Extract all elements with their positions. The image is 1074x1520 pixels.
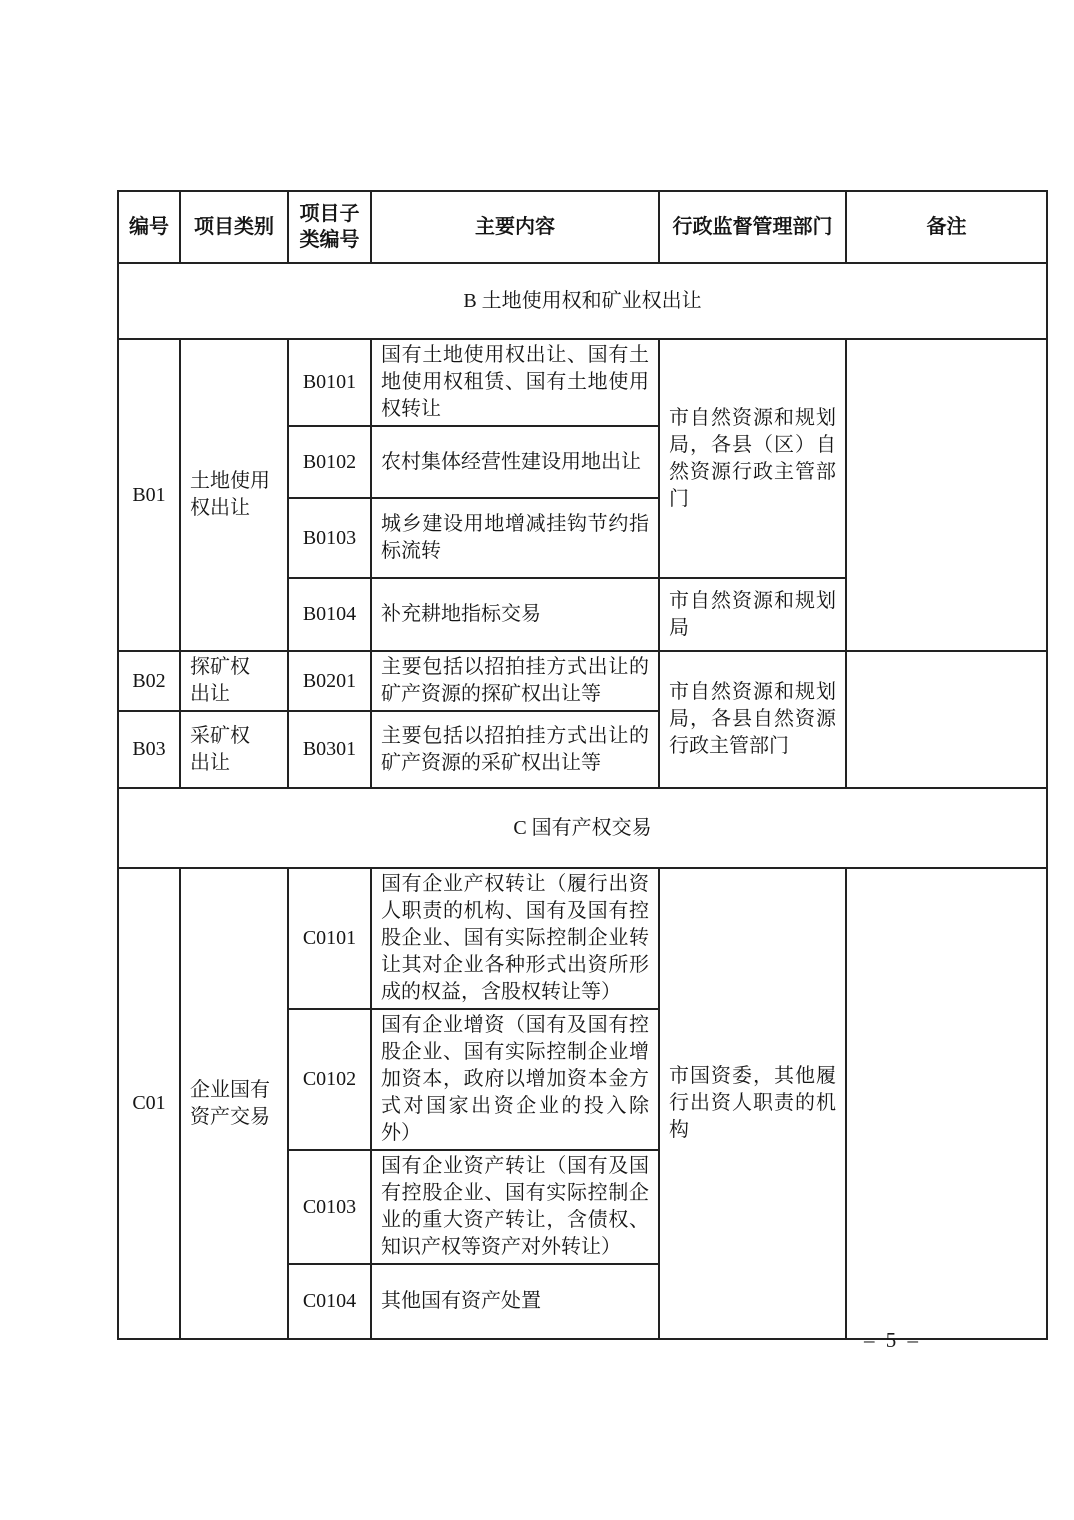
cell-b0201-content: 主要包括以招拍挂方式出让的矿产资源的探矿权出让等: [371, 651, 659, 711]
header-cell-category: 项目类别: [180, 191, 288, 263]
cell-b02-b03-department: 市自然资源和规划局，各县自然资源行政主管部门: [659, 651, 846, 788]
document-page: 编号 项目类别 项目子 类编号 主要内容 行政监督管理部门 备注 B 土地使用权…: [0, 0, 1074, 1520]
cell-c0101-content: 国有企业产权转让（履行出资人职责的机构、国有及国有控股企业、国有实际控制企业转让…: [371, 868, 659, 1009]
cell-c01-remark: [846, 868, 1047, 1339]
cell-b03-code: B03: [118, 711, 180, 788]
row-c0101: C01 企业国有 资产交易 C0101 国有企业产权转让（履行出资人职责的机构、…: [118, 868, 1047, 1009]
table-header-row: 编号 项目类别 项目子 类编号 主要内容 行政监督管理部门 备注: [118, 191, 1047, 263]
cell-b0104-content: 补充耕地指标交易: [371, 578, 659, 651]
header-cell-remark: 备注: [846, 191, 1047, 263]
cell-b0101-subcode: B0101: [288, 339, 371, 426]
cell-b0101-content: 国有土地使用权出让、国有土地使用权租赁、国有土地使用权转让: [371, 339, 659, 426]
header-cell-code: 编号: [118, 191, 180, 263]
classification-table: 编号 项目类别 项目子 类编号 主要内容 行政监督管理部门 备注 B 土地使用权…: [117, 190, 1048, 1340]
cell-b0201-subcode: B0201: [288, 651, 371, 711]
cell-b0104-department: 市自然资源和规划局: [659, 578, 846, 651]
section-title-c: C 国有产权交易: [118, 788, 1047, 868]
cell-b02-category: 探矿权 出让: [180, 651, 288, 711]
cell-c0102-subcode: C0102: [288, 1009, 371, 1150]
cell-b0102-subcode: B0102: [288, 426, 371, 498]
cell-b0301-subcode: B0301: [288, 711, 371, 788]
header-cell-content: 主要内容: [371, 191, 659, 263]
cell-c0102-content: 国有企业增资（国有及国有控股企业、国有实际控制企业增加资本，政府以增加资本金方式…: [371, 1009, 659, 1150]
cell-c0101-subcode: C0101: [288, 868, 371, 1009]
row-b0101: B01 土地使用 权出让 B0101 国有土地使用权出让、国有土地使用权租赁、国…: [118, 339, 1047, 426]
cell-b01-department-main: 市自然资源和规划局，各县（区）自然资源行政主管部门: [659, 339, 846, 578]
cell-b02-b03-remark: [846, 651, 1047, 788]
section-row-b: B 土地使用权和矿业权出让: [118, 263, 1047, 339]
cell-c0104-content: 其他国有资产处置: [371, 1264, 659, 1339]
cell-c01-category: 企业国有 资产交易: [180, 868, 288, 1339]
cell-b0103-subcode: B0103: [288, 498, 371, 578]
cell-b0301-content: 主要包括以招拍挂方式出让的矿产资源的采矿权出让等: [371, 711, 659, 788]
header-cell-subcode: 项目子 类编号: [288, 191, 371, 263]
cell-b0102-content: 农村集体经营性建设用地出让: [371, 426, 659, 498]
cell-c0103-subcode: C0103: [288, 1150, 371, 1264]
cell-b02-code: B02: [118, 651, 180, 711]
cell-c0104-subcode: C0104: [288, 1264, 371, 1339]
page-number: – 5 –: [864, 1328, 921, 1353]
cell-b01-code: B01: [118, 339, 180, 651]
header-cell-department: 行政监督管理部门: [659, 191, 846, 263]
cell-b0103-content: 城乡建设用地增减挂钩节约指标流转: [371, 498, 659, 578]
cell-b0104-subcode: B0104: [288, 578, 371, 651]
cell-c0103-content: 国有企业资产转让（国有及国有控股企业、国有实际控制企业的重大资产转让，含债权、知…: [371, 1150, 659, 1264]
section-row-c: C 国有产权交易: [118, 788, 1047, 868]
cell-b01-category: 土地使用 权出让: [180, 339, 288, 651]
cell-c01-department: 市国资委，其他履行出资人职责的机构: [659, 868, 846, 1339]
cell-b03-category: 采矿权 出让: [180, 711, 288, 788]
section-title-b: B 土地使用权和矿业权出让: [118, 263, 1047, 339]
cell-c01-code: C01: [118, 868, 180, 1339]
row-b02: B02 探矿权 出让 B0201 主要包括以招拍挂方式出让的矿产资源的探矿权出让…: [118, 651, 1047, 711]
cell-b01-remark: [846, 339, 1047, 651]
